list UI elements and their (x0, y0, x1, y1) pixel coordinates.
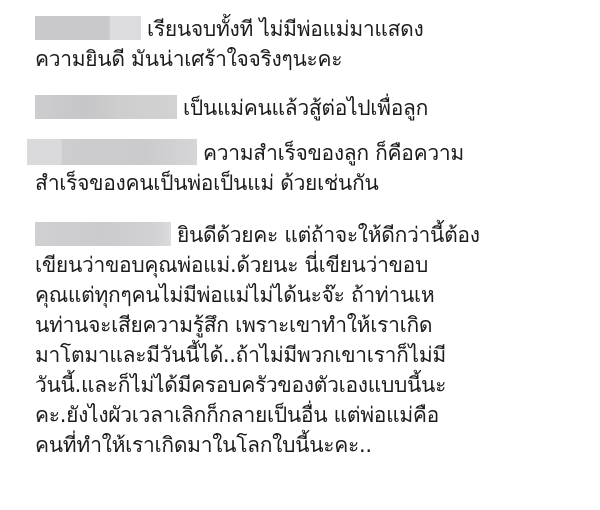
comment-3: ความสำเร็จของลูก ก็คือความ สำเร็จของคนเป… (27, 138, 567, 198)
comment-text: ความสำเร็จของลูก ก็คือความ (203, 141, 464, 165)
redacted-author-name (35, 222, 171, 246)
comment-text: วันนี้.และก็ไม่ได้มีครอบครัวของตัวเองแบบ… (35, 373, 446, 397)
comment-line: วันนี้.และก็ไม่ได้มีครอบครัวของตัวเองแบบ… (35, 370, 575, 400)
comment-line: เรียนจบทั้งที ไม่มีพ่อแม่มาแสดง (35, 14, 575, 44)
comment-text: คุณแต่ทุกๆคนไม่มีพ่อแม่ไม่ได้นะจ๊ะ ถ้าท่… (35, 283, 434, 307)
comment-line: ความสำเร็จของลูก ก็คือความ (27, 138, 567, 168)
comment-line: คนที่ทำให้เราเกิดมาในโลกใบนี้นะคะ.. (35, 430, 575, 460)
comment-1: เรียนจบทั้งที ไม่มีพ่อแม่มาแสดง ความยินด… (35, 14, 575, 74)
comment-line: คุณแต่ทุกๆคนไม่มีพ่อแม่ไม่ได้นะจ๊ะ ถ้าท่… (35, 280, 575, 310)
comment-line: ยินดีด้วยคะ แต่ถ้าจะให้ดีกว่านี้ต้อง (35, 220, 575, 250)
comment-text: คะ.ยังไงผัวเวลาเลิกก็กลายเป็นอื่น แต่พ่อ… (35, 403, 439, 427)
redacted-author-name (35, 16, 141, 40)
comment-line: ความยินดี มันน่าเศร้าใจจริงๆนะคะ (35, 44, 575, 74)
comment-line: สำเร็จของคนเป็นพ่อเป็นแม่ ด้วยเช่นกัน (27, 168, 567, 198)
comment-line: มาโตมาและมีวันนี้ได้..ถ้าไม่มีพวกเขาเราก… (35, 340, 575, 370)
comment-text: คนที่ทำให้เราเกิดมาในโลกใบนี้นะคะ.. (35, 433, 372, 457)
comment-line: นท่านจะเสียความรู้สึก เพราะเขาทำให้เราเก… (35, 310, 575, 340)
comment-line: คะ.ยังไงผัวเวลาเลิกก็กลายเป็นอื่น แต่พ่อ… (35, 400, 575, 430)
redacted-author-name (35, 95, 177, 119)
comment-4: ยินดีด้วยคะ แต่ถ้าจะให้ดีกว่านี้ต้อง เขี… (35, 220, 575, 460)
redacted-author-name (27, 139, 197, 165)
comment-line: เป็นแม่คนแล้วสู้ต่อไปเพื่อลูก (35, 93, 575, 123)
comment-text: มาโตมาและมีวันนี้ได้..ถ้าไม่มีพวกเขาเราก… (35, 343, 446, 367)
comment-text: เป็นแม่คนแล้วสู้ต่อไปเพื่อลูก (183, 96, 428, 120)
comment-text: นท่านจะเสียความรู้สึก เพราะเขาทำให้เราเก… (35, 313, 432, 337)
comment-text: เรียนจบทั้งที ไม่มีพ่อแม่มาแสดง (147, 17, 423, 41)
comment-text: ยินดีด้วยคะ แต่ถ้าจะให้ดีกว่านี้ต้อง (177, 223, 480, 247)
comment-text: เขียนว่าขอบคุณพ่อแม่.ด้วยนะ นี่เขียนว่าข… (35, 253, 428, 277)
comment-text: สำเร็จของคนเป็นพ่อเป็นแม่ ด้วยเช่นกัน (35, 171, 378, 195)
comment-line: เขียนว่าขอบคุณพ่อแม่.ด้วยนะ นี่เขียนว่าข… (35, 250, 575, 280)
comment-2: เป็นแม่คนแล้วสู้ต่อไปเพื่อลูก (35, 93, 575, 123)
comment-text: ความยินดี มันน่าเศร้าใจจริงๆนะคะ (35, 47, 342, 71)
